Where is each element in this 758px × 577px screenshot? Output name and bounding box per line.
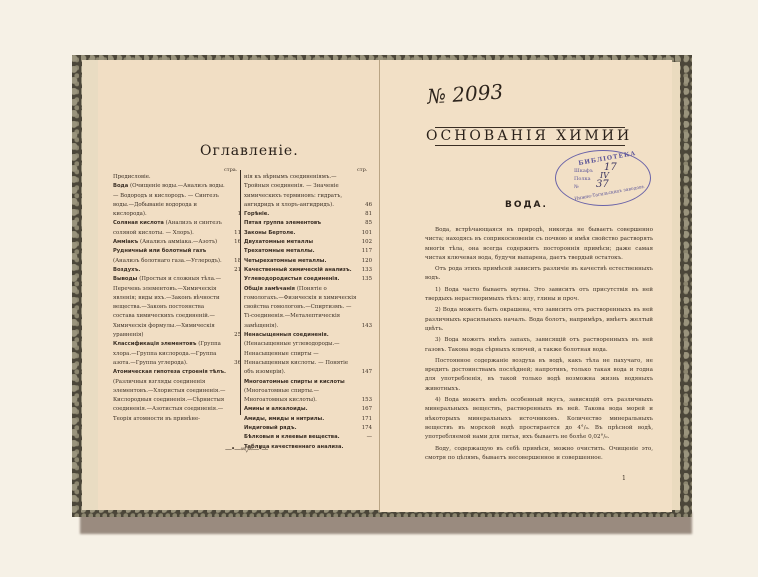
toc-entry-page: 171 (362, 415, 372, 424)
toc-entry-title: Воздухъ. (113, 267, 140, 273)
toc-entry-title: Пятая группа элементовъ (244, 220, 321, 226)
toc-column-2: нія къ вѣрнымъ соединеніямъ.—Тройныя сое… (244, 173, 372, 452)
toc-entry-detail: (Различныя взгляды соединенія элементовъ… (113, 379, 225, 422)
book-title: ОСНОВАНІЯ ХИМИИ (426, 128, 632, 144)
toc-entry-page: 153 (362, 396, 372, 405)
toc-entry-title: Выводы (113, 276, 139, 282)
body-paragraph: Постоянное содержаніе воздуха въ водѣ, к… (425, 357, 653, 394)
toc-entry: Общія замѣчанія (Понятіе о гомологахъ.—Ф… (244, 285, 372, 331)
toc-entry-title: Бѣлковыя и клеевыя вещества. (244, 434, 340, 440)
toc-entry-detail: (Простыя и сложныя тѣла.—Перечень элемен… (113, 276, 221, 338)
page-number: 1 (622, 475, 626, 482)
body-text: Вода, встрѣчающаяся въ природѣ, никогда … (425, 226, 653, 465)
toc-entry: Горѣніе. 81 (244, 210, 372, 219)
toc-entry: Классификація элементовъ (Группа хлора.—… (113, 340, 241, 368)
toc-entry-page: 147 (362, 368, 372, 377)
body-paragraph: 4) Вода можетъ имѣть особенный вкусъ, за… (425, 396, 653, 442)
toc-entry-title: Классификація элементовъ (113, 341, 198, 347)
toc-entry: Трехатомные металлы. 117 (244, 247, 372, 256)
toc-entry: Соляная кислота (Анализъ и синтезъ солян… (113, 219, 241, 238)
toc-entry-page: 1 (238, 210, 241, 219)
body-paragraph: 3) Вода можетъ имѣть запахъ, зависящій о… (425, 336, 653, 355)
toc-entry-title: Углеводородистыя соединенія. (244, 276, 339, 282)
toc-entry: Бѣлковыя и клеевыя вещества. — (244, 433, 372, 442)
toc-entry-title: Индиговый рядъ. (244, 425, 297, 431)
stamp-number-value: 37 (596, 179, 609, 190)
toc-entry-page: 16 (234, 238, 241, 247)
toc-entry: Качественный химическій анализъ. 133 (244, 266, 372, 275)
right-page-edge (672, 62, 680, 510)
toc-entry: Вода (Очищеніе воды.—Анализъ воды. — Вод… (113, 182, 241, 219)
toc-entry-detail: (Очищеніе воды.—Анализъ воды. — Водородъ… (113, 183, 225, 217)
toc-entry-page: 143 (362, 322, 372, 331)
toc-entry-title: Качественный химическій анализъ. (244, 267, 352, 273)
toc-entry-title: Ненасыщенныя соединенія. (244, 332, 329, 338)
toc-entry-page: 167 (362, 405, 372, 414)
toc-entry-detail: (Многоатомные спирты.—Многоатомныя кисло… (244, 388, 319, 403)
toc-entry-title: Аммiакъ (113, 239, 140, 245)
body-paragraph: Воду, содержащую въ себѣ примѣси, можно … (425, 445, 653, 464)
toc-entry: Законы Бертоле. 101 (244, 229, 372, 238)
library-stamp: БИБЛIОТЕКА Шкафъ 17 Полка IV № 37 Нижне-… (555, 150, 651, 206)
toc-entry: Аммiакъ (Анализъ аммiака.—Азотъ)16 (113, 238, 241, 247)
toc-entry-detail: (Понятіе о гомологахъ.—Физическія и хими… (244, 286, 356, 329)
book-gutter (379, 60, 380, 512)
stamp-number-label: № (574, 184, 579, 190)
toc-entry: Предисловіе. (113, 173, 241, 182)
toc-entry-detail: (Ненасыщенные углеводороды.—Ненасыщенные… (244, 341, 348, 375)
toc-entry-page: 46 (365, 201, 372, 210)
toc-entry: Ненасыщенныя соединенія. (Ненасыщенные у… (244, 331, 372, 377)
toc-entry-detail: (Анализъ болотнаго газа.—Углеродъ). (113, 258, 222, 264)
toc-entry: Индиговый рядъ. 174 (244, 424, 372, 433)
left-page-edge (82, 60, 98, 510)
toc-entry-page: 133 (362, 266, 372, 275)
toc-entry: Многоатомные спирты и кислоты (Многоатом… (244, 378, 372, 406)
toc-entry-title: Законы Бертоле. (244, 230, 295, 236)
stamp-row-label: Полка (574, 176, 591, 182)
toc-entry: Двухатомные металлы 102 (244, 238, 372, 247)
toc-entry-title: Атомическая гипотеза строенія тѣлъ. (113, 369, 226, 375)
toc-entry-page: 135 (362, 275, 372, 284)
body-paragraph: 1) Вода часто бываетъ мутна. Это зависит… (425, 286, 653, 305)
toc-entry: Четырехатомные металлы. 120 (244, 257, 372, 266)
toc-entry-detail: нія къ вѣрнымъ соединеніямъ.—Тройныя сое… (244, 174, 342, 208)
toc-entry-title: Четырехатомные металлы. (244, 258, 326, 264)
toc-entry-page: — (367, 433, 372, 442)
toc-entry-title: Соляная кислота (113, 220, 166, 226)
toc-entry-page: 117 (362, 247, 372, 256)
toc-entry: Амины и алкалоиды. 167 (244, 405, 372, 414)
title-rule-bottom (435, 145, 625, 146)
body-paragraph: 2) Вода можетъ быть окрашена, что зависи… (425, 306, 653, 334)
toc-entry-page: 21 (234, 266, 241, 275)
toc-entry-page: 25 (234, 331, 241, 340)
toc-entry-page: 101 (362, 229, 372, 238)
toc-entry-detail: (Анализъ аммiака.—Азотъ) (140, 239, 217, 245)
toc-column-1: Предисловіе. Вода (Очищеніе воды.—Анализ… (113, 173, 241, 424)
body-paragraph: Отъ рода этихъ примѣсей зависитъ различі… (425, 265, 653, 284)
toc-entry-title: Амины и алкалоиды. (244, 406, 308, 412)
body-paragraph: Вода, встрѣчающаяся въ природѣ, никогда … (425, 226, 653, 263)
toc-entry: Рудничный или болотный газъ (Анализъ бол… (113, 247, 241, 266)
toc-entry-page: 85 (365, 219, 372, 228)
toc-entry: Атомическая гипотеза строенія тѣлъ. (Раз… (113, 368, 241, 424)
toc-entry: Амиды, имиды и нитрилы. 171 (244, 415, 372, 424)
toc-entry-page: 81 (365, 210, 372, 219)
toc-entry-title: Предисловіе. (113, 174, 151, 180)
toc-entry-title: Трехатомные металлы. (244, 248, 315, 254)
toc-entry-title: Вода (113, 183, 130, 189)
toc-entry-title: Многоатомные спирты и кислоты (244, 379, 345, 385)
toc-entry: Выводы (Простыя и сложныя тѣла.—Перечень… (113, 275, 241, 340)
toc-entry-title: Рудничный или болотный газъ (113, 248, 206, 254)
toc-entry-title: Общія замѣчанія (244, 286, 297, 292)
section-title: ВОДА. (505, 200, 548, 210)
toc-entry: нія къ вѣрнымъ соединеніямъ.—Тройныя сое… (244, 173, 372, 210)
toc-entry-page: 18 (234, 257, 241, 266)
toc-entry-page: 36 (234, 359, 241, 368)
toc-entry-page: 174 (362, 424, 372, 433)
toc-entry-title: Амиды, имиды и нитрилы. (244, 416, 324, 422)
toc-entry-page: 102 (362, 238, 372, 247)
toc-entry: Воздухъ. 21 (113, 266, 241, 275)
toc-entry-page: 11 (234, 229, 241, 238)
toc-entry: Пятая группа элементовъ 85 (244, 219, 372, 228)
stamp-shelf-label: Шкафъ (574, 168, 593, 174)
toc-title: Оглавленіе. (200, 143, 299, 159)
ornament-divider: —•—∞◊∞—•— (225, 445, 267, 453)
toc-entry-title: Горѣніе. (244, 211, 269, 217)
toc-entry-title: Двухатомные металлы (244, 239, 313, 245)
toc-entry-page: 120 (362, 257, 372, 266)
toc-entry: Углеводородистыя соединенія. 135 (244, 275, 372, 284)
